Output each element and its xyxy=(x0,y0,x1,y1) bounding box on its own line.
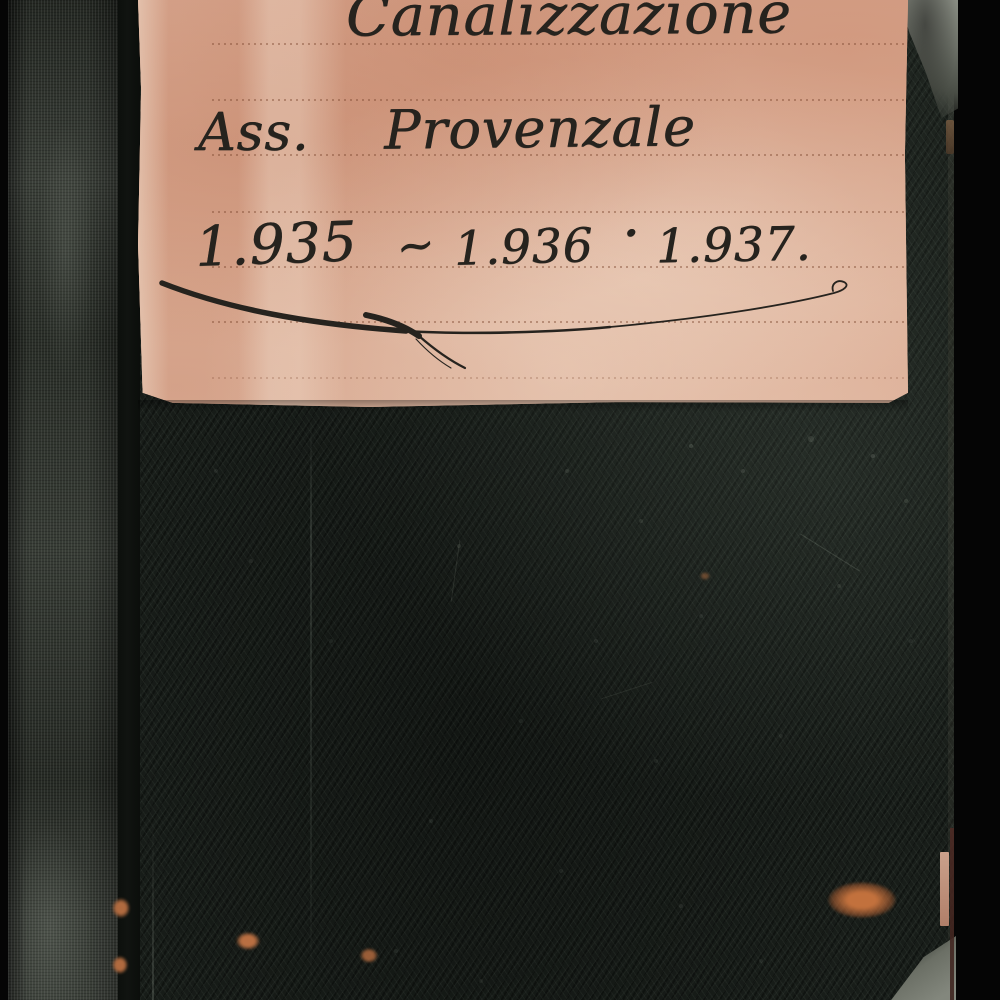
rust-scuff-mark xyxy=(360,948,378,963)
exposed-page-edge xyxy=(940,852,949,926)
rust-scuff-mark xyxy=(112,898,130,918)
ink-flourish xyxy=(138,0,908,407)
book-spine-cloth xyxy=(8,0,118,1000)
book-edge-sliver xyxy=(950,828,954,1000)
cover-worn-line xyxy=(152,820,154,1000)
rust-scuff-mark xyxy=(112,956,128,974)
leather-speckles xyxy=(0,0,2,2)
rust-scuff-mark xyxy=(700,572,710,580)
paper-label: Canalizzazione Ass. Provenzale 1.935 ~ 1… xyxy=(138,0,908,407)
cover-crease xyxy=(310,415,312,1000)
rust-scuff-mark xyxy=(828,882,896,918)
spine-sheen-highlight xyxy=(38,120,93,380)
photograph-notebook-cover: Canalizzazione Ass. Provenzale 1.935 ~ 1… xyxy=(0,0,1000,1000)
cover-hinge-groove xyxy=(118,0,142,1000)
rust-scuff-mark xyxy=(236,932,260,950)
edge-chip-mark xyxy=(946,120,954,154)
spine-wear-patch xyxy=(22,820,92,1000)
